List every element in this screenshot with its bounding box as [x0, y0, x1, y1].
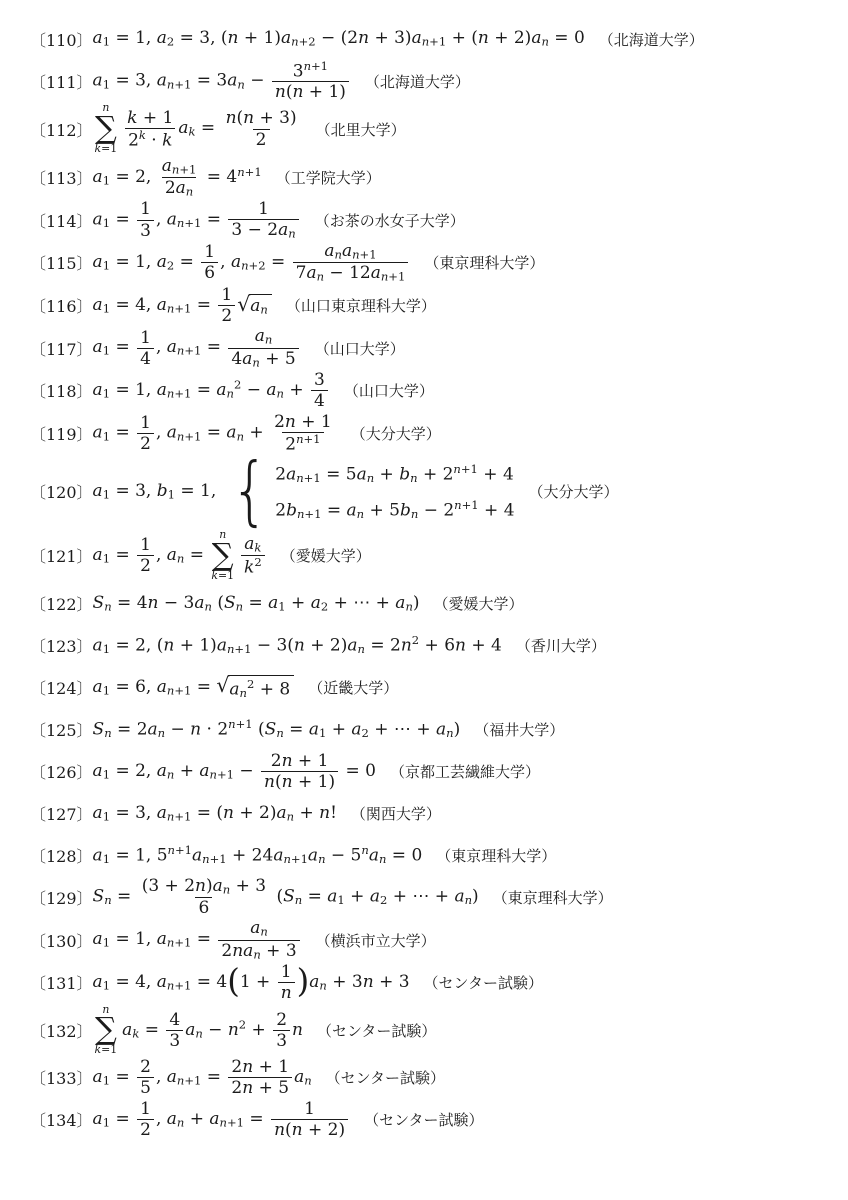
formula: a1 = 1, a2 = 3, (n + 1)an+2 − (2n + 3)an…	[93, 29, 585, 48]
subscript: n	[405, 599, 412, 613]
fraction: 2n + 12n+1	[271, 412, 335, 454]
subscript: 1	[103, 809, 110, 823]
subscript: n+1	[177, 1074, 201, 1088]
cases-group: {2an+1 = 5an + bn + 2n+1 + 42bn+1 = an +…	[226, 454, 515, 529]
source-university: （関西大学）	[351, 803, 441, 824]
fraction: 43	[166, 1010, 183, 1051]
subscript: 1	[103, 1116, 110, 1130]
subscript: 1	[103, 936, 110, 950]
problem-row: 〔129〕 Sn = (3 + 2n)an + 36 (Sn = a1 + a2…	[30, 876, 838, 918]
sigma-icon: ∑	[212, 542, 234, 570]
problem-id: 〔127〕	[30, 802, 93, 825]
subscript: 1	[103, 488, 110, 502]
problem-row: 〔118〕 a1 = 1, an+1 = an2 − an + 34 （山口大学…	[30, 370, 838, 412]
subscript: n	[237, 77, 244, 91]
fraction: akk2	[241, 534, 265, 578]
big-paren: )	[297, 962, 310, 1000]
fraction: anan+17an − 12an+1	[293, 241, 409, 284]
summation: n∑k=1	[95, 102, 118, 155]
problem-row: 〔128〕 a1 = 1, 5n+1an+1 + 24an+1an − 5nan…	[30, 834, 838, 876]
big-paren: (	[227, 962, 240, 1000]
subscript: n+1	[167, 77, 191, 91]
subscript: 1	[103, 216, 110, 230]
subscript: 1	[168, 488, 175, 502]
fraction: 14	[137, 328, 154, 369]
subscript: n	[260, 925, 267, 939]
source-university: （センター試験）	[424, 972, 543, 993]
subscript: 1	[103, 979, 110, 993]
source-university: （愛媛大学）	[434, 593, 524, 614]
subscript: n+1	[177, 216, 201, 230]
fraction: 2n + 1n(n + 1)	[261, 751, 338, 792]
problem-id: 〔110〕	[30, 28, 93, 51]
source-university: （山口大学）	[344, 380, 434, 401]
problem-row: 〔125〕 Sn = 2an − n · 2n+1 (Sn = a1 + a2 …	[30, 708, 838, 750]
formula: a1 = 2, an+12an = 4n+1	[93, 156, 262, 199]
subscript: n	[195, 1026, 202, 1040]
subscript: n	[276, 726, 283, 740]
fraction: 12	[218, 285, 235, 326]
problem-id: 〔125〕	[30, 718, 93, 741]
problem-row: 〔113〕 a1 = 2, an+12an = 4n+1 （工学院大学）	[30, 156, 838, 199]
subscript: 1	[103, 173, 110, 187]
subscript: n	[288, 227, 295, 241]
fraction: 34	[311, 370, 328, 411]
subscript: 1	[103, 344, 110, 358]
problem-list: 〔110〕 a1 = 1, a2 = 3, (n + 1)an+2 − (2n …	[30, 18, 838, 1141]
subscript: 1	[103, 642, 110, 656]
superscript: n+1	[237, 164, 261, 178]
source-university: （愛媛大学）	[281, 545, 371, 566]
subscript: n	[465, 893, 472, 907]
subscript: n+1	[202, 852, 226, 866]
source-university: （お茶の水女子大学）	[315, 210, 465, 231]
formula: a1 = 3, an+1 = 3an − 3n+1n(n + 1)	[93, 60, 351, 102]
subscript: n	[287, 809, 294, 823]
problem-row: 〔127〕 a1 = 3, an+1 = (n + 2)an + n! （関西大…	[30, 792, 838, 834]
fraction: an+12an	[159, 156, 200, 199]
sigma-icon: ∑	[95, 1016, 117, 1044]
problem-id: 〔116〕	[30, 294, 93, 317]
formula: a1 = 1, an+1 = an2 − an + 34	[93, 370, 330, 411]
subscript: 1	[103, 552, 110, 566]
formula: a1 = 1, a2 = 16, an+2 = anan+17an − 12an…	[93, 241, 411, 284]
subscript: n	[410, 471, 417, 485]
problem-id: 〔117〕	[30, 337, 93, 360]
subscript: n+1	[167, 387, 191, 401]
problem-row: 〔117〕 a1 = 14, an+1 = an4an + 5 （山口大学）	[30, 326, 838, 369]
source-university: （横浜市立大学）	[316, 930, 436, 951]
problem-id: 〔123〕	[30, 634, 93, 657]
source-university: （東京理科大学）	[436, 845, 556, 866]
source-university: （センター試験）	[364, 1109, 483, 1130]
formula: a1 = 4, an+1 = 4(1 + 1n)an + 3n + 3	[93, 962, 410, 1003]
subscript: n	[319, 979, 326, 993]
source-university: （東京理科大学）	[493, 887, 613, 908]
page: 〔110〕 a1 = 1, a2 = 3, (n + 1)an+2 − (2n …	[0, 0, 848, 1141]
problem-id: 〔120〕	[30, 480, 93, 503]
problem-id: 〔131〕	[30, 971, 93, 994]
problem-id: 〔113〕	[30, 166, 93, 189]
problem-row: 〔126〕 a1 = 2, an + an+1 − 2n + 1n(n + 1)…	[30, 750, 838, 792]
formula: a1 = 12, an+1 = an + 2n + 12n+1	[93, 412, 337, 454]
subscript: 2	[362, 726, 369, 740]
subscript: 1	[103, 302, 110, 316]
subscript: n+1	[210, 767, 234, 781]
superscript: n+1	[296, 432, 320, 446]
subscript: 1	[278, 599, 285, 613]
formula: a1 = 1, an+1 = an2nan + 3	[93, 918, 302, 961]
formula: a1 = 3, b1 = 1, {2an+1 = 5an + bn + 2n+1…	[93, 454, 515, 529]
formula: a1 = 13, an+1 = 13 − 2an	[93, 199, 301, 241]
subscript: n+1	[167, 936, 191, 950]
sigma-icon: ∑	[95, 115, 117, 143]
subscript: n+1	[220, 1116, 244, 1130]
source-university: （センター試験）	[317, 1020, 436, 1041]
brace-icon: {	[230, 454, 268, 529]
summation: n∑k=1	[211, 529, 234, 582]
problem-id: 〔121〕	[30, 544, 93, 567]
subscript: n	[318, 852, 325, 866]
superscript: 2	[254, 555, 261, 569]
subscript: n+1	[352, 248, 376, 262]
formula: a1 = 4, an+1 = 12√an	[93, 285, 272, 326]
subscript: n+1	[422, 35, 446, 49]
square-root: √an2 + 8	[216, 675, 294, 700]
formula: Sn = 2an − n · 2n+1 (Sn = a1 + a2 + ⋯ + …	[93, 718, 461, 740]
subscript: n	[186, 184, 193, 198]
fraction: 13 − 2an	[228, 199, 298, 241]
subscript: 1	[103, 429, 110, 443]
source-university: （北海道大学）	[365, 71, 470, 92]
source-university: （山口東京理科大学）	[286, 295, 436, 316]
problem-row: 〔130〕 a1 = 1, an+1 = an2nan + 3 （横浜市立大学）	[30, 918, 838, 961]
source-university: （工学院大学）	[276, 167, 381, 188]
subscript: n	[104, 599, 111, 613]
problem-row: 〔133〕 a1 = 25, an+1 = 2n + 12n + 5an （セン…	[30, 1057, 838, 1099]
problem-row: 〔116〕 a1 = 4, an+1 = 12√an （山口東京理科大学）	[30, 284, 838, 326]
fraction: 13	[137, 199, 154, 240]
formula: a1 = 2, (n + 1)an+1 − 3(n + 2)an = 2n2 +…	[93, 634, 502, 656]
problem-row: 〔120〕 a1 = 3, b1 = 1, {2an+1 = 5an + bn …	[30, 454, 838, 529]
subscript: n	[237, 429, 244, 443]
subscript: n+1	[172, 162, 196, 176]
subscript: n+1	[167, 302, 191, 316]
problem-id: 〔130〕	[30, 929, 93, 952]
fraction: 12	[137, 535, 154, 576]
square-root: √an	[237, 294, 272, 316]
problem-id: 〔114〕	[30, 209, 93, 232]
subscript: 1	[103, 683, 110, 697]
subscript: n+1	[177, 344, 201, 358]
source-university: （北里大学）	[316, 119, 406, 140]
fraction: 3n+1n(n + 1)	[272, 60, 349, 102]
formula: a1 = 12, an + an+1 = 1n(n + 2)	[93, 1099, 351, 1140]
subscript: n	[240, 686, 247, 700]
subscript: n+2	[291, 35, 315, 49]
problem-id: 〔119〕	[30, 422, 93, 445]
problem-id: 〔118〕	[30, 379, 93, 402]
subscript: n+1	[297, 507, 321, 521]
subscript: n	[446, 726, 453, 740]
superscript: n+1	[168, 843, 192, 857]
problem-id: 〔134〕	[30, 1108, 93, 1131]
fraction: 2n + 12n + 5	[228, 1057, 292, 1098]
subscript: 1	[103, 767, 110, 781]
subscript: n	[265, 333, 272, 347]
problem-row: 〔132〕 n∑k=1ak = 43an − n2 + 23n （センター試験）	[30, 1004, 838, 1057]
superscript: n+1	[228, 717, 252, 731]
fraction: 1n(n + 2)	[271, 1099, 348, 1140]
fraction: 12	[137, 413, 154, 454]
fraction: 12	[137, 1099, 154, 1140]
fraction: k + 12k · k	[124, 108, 176, 150]
source-university: （福井大学）	[474, 719, 564, 740]
problem-id: 〔111〕	[30, 70, 93, 93]
subscript: n+1	[283, 852, 307, 866]
problem-row: 〔131〕 a1 = 4, an+1 = 4(1 + 1n)an + 3n + …	[30, 962, 838, 1004]
subscript: 1	[337, 893, 344, 907]
subscript: k	[254, 540, 261, 554]
problem-id: 〔128〕	[30, 844, 93, 867]
problem-row: 〔121〕 a1 = 12, an = n∑k=1akk2 （愛媛大学）	[30, 529, 838, 582]
subscript: n+1	[227, 642, 251, 656]
formula: n∑k=1ak = 43an − n2 + 23n	[93, 1004, 303, 1057]
source-university: （香川大学）	[516, 635, 606, 656]
subscript: n+1	[167, 979, 191, 993]
subscript: n+1	[167, 809, 191, 823]
summation: n∑k=1	[95, 1004, 118, 1057]
subscript: n	[253, 947, 260, 961]
formula: a1 = 25, an+1 = 2n + 12n + 5an	[93, 1057, 312, 1098]
subscript: n+1	[177, 429, 201, 443]
subscript: 1	[103, 1074, 110, 1088]
fraction: 1n	[278, 962, 295, 1003]
superscript: n	[361, 843, 368, 857]
subscript: n	[541, 35, 548, 49]
problem-row: 〔115〕 a1 = 1, a2 = 16, an+2 = anan+17an …	[30, 241, 838, 284]
subscript: n+1	[167, 683, 191, 697]
formula: n∑k=1k + 12k · kak = n(n + 3)2	[93, 102, 302, 155]
subscript: n	[358, 642, 365, 656]
source-university: （近畿大学）	[308, 677, 398, 698]
source-university: （東京理科大学）	[424, 252, 544, 273]
fraction: 16	[201, 242, 218, 283]
problem-row: 〔111〕 a1 = 3, an+1 = 3an − 3n+1n(n + 1) …	[30, 60, 838, 102]
source-university: （北海道大学）	[599, 29, 704, 50]
problem-id: 〔133〕	[30, 1066, 93, 1089]
problem-id: 〔132〕	[30, 1019, 93, 1042]
problem-row: 〔119〕 a1 = 12, an+1 = an + 2n + 12n+1 （大…	[30, 412, 838, 454]
subscript: n+2	[241, 259, 265, 273]
source-university: （山口大学）	[315, 338, 405, 359]
subscript: n	[227, 387, 234, 401]
problem-id: 〔124〕	[30, 676, 93, 699]
source-university: （センター試験）	[326, 1067, 445, 1088]
source-university: （京都工芸繊維大学）	[390, 761, 540, 782]
formula: a1 = 1, 5n+1an+1 + 24an+1an − 5nan = 0	[93, 844, 423, 866]
fraction: 25	[137, 1057, 154, 1098]
source-university: （大分大学）	[351, 423, 441, 444]
fraction: n(n + 3)2	[223, 108, 300, 149]
subscript: n	[236, 599, 243, 613]
fraction: (3 + 2n)an + 36	[139, 876, 269, 918]
problem-row: 〔124〕 a1 = 6, an+1 = √an2 + 8 （近畿大学）	[30, 666, 838, 708]
subscript: n	[277, 387, 284, 401]
problem-id: 〔126〕	[30, 760, 93, 783]
subscript: 1	[103, 77, 110, 91]
subscript: n	[104, 893, 111, 907]
problem-row: 〔112〕 n∑k=1k + 12k · kak = n(n + 3)2 （北里…	[30, 102, 838, 155]
fraction: an4an + 5	[228, 326, 298, 369]
subscript: n	[335, 248, 342, 262]
problem-id: 〔129〕	[30, 886, 93, 909]
subscript: n	[104, 726, 111, 740]
problem-row: 〔110〕 a1 = 1, a2 = 3, (n + 1)an+2 − (2n …	[30, 18, 838, 60]
subscript: 1	[103, 35, 110, 49]
subscript: n	[304, 1074, 311, 1088]
subscript: n	[357, 507, 364, 521]
superscript: n+1	[304, 59, 328, 73]
problem-id: 〔115〕	[30, 251, 93, 274]
subscript: 1	[103, 852, 110, 866]
superscript: k	[139, 128, 146, 142]
formula: Sn = 4n − 3an (Sn = a1 + a2 + ⋯ + an)	[93, 594, 420, 613]
subscript: 1	[103, 387, 110, 401]
problem-row: 〔123〕 a1 = 2, (n + 1)an+1 − 3(n + 2)an =…	[30, 624, 838, 666]
subscript: n	[158, 726, 165, 740]
subscript: n	[204, 599, 211, 613]
problem-row: 〔122〕 Sn = 4n − 3an (Sn = a1 + a2 + ⋯ + …	[30, 582, 838, 624]
formula: Sn = (3 + 2n)an + 36 (Sn = a1 + a2 + ⋯ +…	[93, 876, 479, 918]
fraction: 23	[273, 1010, 290, 1051]
fraction: an2nan + 3	[218, 918, 299, 961]
subscript: n	[260, 303, 267, 317]
problem-row: 〔134〕 a1 = 12, an + an+1 = 1n(n + 2) （セン…	[30, 1099, 838, 1141]
superscript: n+1	[453, 462, 477, 476]
subscript: n+1	[296, 471, 320, 485]
formula: a1 = 2, an + an+1 − 2n + 1n(n + 1) = 0	[93, 751, 376, 792]
subscript: n	[317, 270, 324, 284]
problem-id: 〔112〕	[30, 118, 93, 141]
problem-id: 〔122〕	[30, 592, 93, 615]
subscript: n+1	[381, 270, 405, 284]
superscript: n+1	[454, 498, 478, 512]
subscript: 1	[103, 259, 110, 273]
problem-row: 〔114〕 a1 = 13, an+1 = 13 − 2an （お茶の水女子大学…	[30, 199, 838, 241]
subscript: n	[252, 355, 259, 369]
subscript: k	[189, 125, 196, 139]
source-university: （大分大学）	[529, 481, 619, 502]
formula: a1 = 12, an = n∑k=1akk2	[93, 529, 267, 582]
formula: a1 = 14, an+1 = an4an + 5	[93, 326, 301, 369]
formula: a1 = 3, an+1 = (n + 2)an + n!	[93, 804, 337, 823]
formula: a1 = 6, an+1 = √an2 + 8	[93, 675, 295, 700]
